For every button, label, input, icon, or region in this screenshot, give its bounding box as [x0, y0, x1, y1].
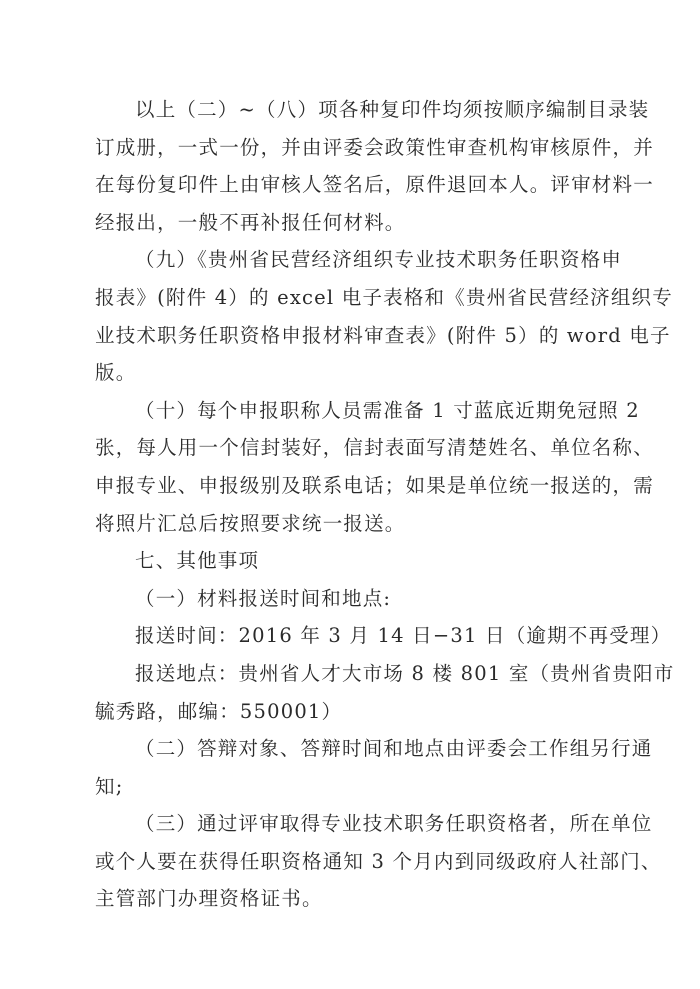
subsection-1-title: （一）材料报送时间和地点: [95, 580, 627, 618]
submit-place-line: 毓秀路，邮编：550001） [95, 693, 627, 731]
subsection-3-line: 主管部门办理资格证书。 [95, 880, 627, 918]
text-line: 将照片汇总后按照要求统一报送。 [95, 505, 627, 543]
text-line: 申报专业、申报级别及联系电话；如果是单位统一报送的，需 [95, 467, 627, 505]
subsection-3-line: （三）通过评审取得专业技术职务任职资格者，所在单位 [95, 805, 627, 843]
section-7: 七、其他事项 （一）材料报送时间和地点: 报送时间：2016 年 3 月 14 … [95, 542, 627, 918]
text-line: （十）每个申报职称人员需准备 1 寸蓝底近期免冠照 2 [95, 392, 627, 430]
subsection-2-line: （二）答辩对象、答辩时间和地点由评委会工作组另行通 [95, 730, 627, 768]
text-line: 在每份复印件上由审核人签名后，原件退回本人。评审材料一 [95, 166, 627, 204]
submit-place-line: 报送地点：贵州省人才大市场 8 楼 801 室（贵州省贵阳市 [95, 655, 627, 693]
text-line: （九）《贵州省民营经济组织专业技术职务任职资格申 [95, 241, 627, 279]
text-line: 报表》(附件 4）的 excel 电子表格和《贵州省民营经济组织专 [95, 279, 627, 317]
section-7-title: 七、其他事项 [95, 542, 627, 580]
document-page: 以上（二）~（八）项各种复印件均须按顺序编制目录装 订成册，一式一份，并由评委会… [95, 91, 627, 918]
text-line: 版。 [95, 354, 627, 392]
paragraph-item-10: （十）每个申报职称人员需准备 1 寸蓝底近期免冠照 2 张，每人用一个信封装好，… [95, 392, 627, 542]
paragraph-item-9: （九）《贵州省民营经济组织专业技术职务任职资格申 报表》(附件 4）的 exce… [95, 241, 627, 391]
text-line: 业技术职务任职资格申报材料审查表》(附件 5）的 word 电子 [95, 317, 627, 355]
text-line: 以上（二）~（八）项各种复印件均须按顺序编制目录装 [95, 91, 627, 129]
subsection-2-line: 知; [95, 768, 627, 806]
paragraph-copies-binding: 以上（二）~（八）项各种复印件均须按顺序编制目录装 订成册，一式一份，并由评委会… [95, 91, 627, 241]
submit-time: 报送时间：2016 年 3 月 14 日−31 日（逾期不再受理） [95, 617, 627, 655]
text-line: 订成册，一式一份，并由评委会政策性审查机构审核原件，并 [95, 129, 627, 167]
text-line: 经报出，一般不再补报任何材料。 [95, 204, 627, 242]
subsection-3-line: 或个人要在获得任职资格通知 3 个月内到同级政府人社部门、 [95, 843, 627, 881]
text-line: 张，每人用一个信封装好，信封表面写清楚姓名、单位名称、 [95, 429, 627, 467]
